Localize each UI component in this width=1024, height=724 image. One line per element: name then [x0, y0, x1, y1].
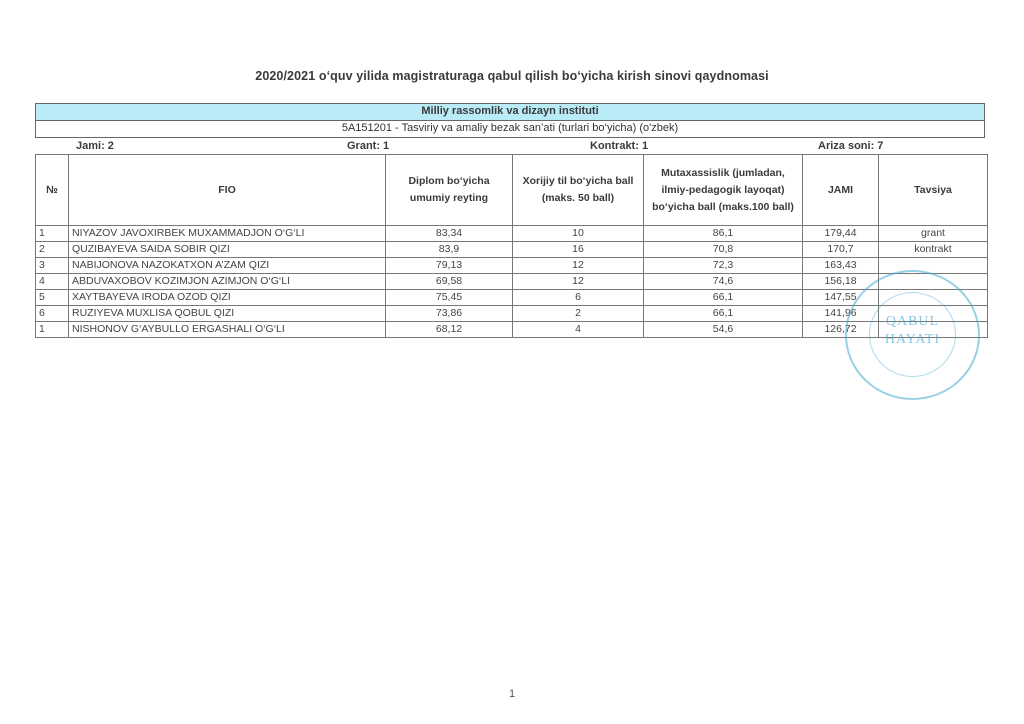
row-jami: 179,44 [803, 226, 879, 242]
official-stamp: QABUL HAYATI [845, 270, 980, 400]
institute-name: Milliy rassomlik va dizayn instituti [36, 105, 984, 117]
table-row: 6RUZIYEVA MUXLISA QOBUL QIZI73,86266,114… [36, 306, 988, 322]
specialty-band: 5A151201 - Tasviriy va amaliy bezak san’… [35, 120, 985, 138]
row-jami: 170,7 [803, 242, 879, 258]
row-number: 6 [36, 306, 69, 322]
row-diplom: 73,86 [386, 306, 513, 322]
table-row: 2QUZIBAYEVA SAIDA SOBIR QIZI83,91670,817… [36, 242, 988, 258]
row-mutaxassislik: 66,1 [644, 306, 803, 322]
row-mutaxassislik: 74,6 [644, 274, 803, 290]
row-xorijiy: 12 [513, 258, 644, 274]
row-number: 1 [36, 322, 69, 338]
col-header-jami: JAMI [803, 155, 879, 226]
table-header-row: № FIO Diplom bo‘yicha umumiy reyting Xor… [36, 155, 988, 226]
page-number: 1 [0, 688, 1024, 700]
row-diplom: 83,9 [386, 242, 513, 258]
row-xorijiy: 10 [513, 226, 644, 242]
row-xorijiy: 6 [513, 290, 644, 306]
row-diplom: 68,12 [386, 322, 513, 338]
row-diplom: 79,13 [386, 258, 513, 274]
row-fio: XAYTBAYEVA IRODA OZOD QIZI [69, 290, 386, 306]
table-row: 1NIYAZOV JAVOXIRBEK MUXAMMADJON O‘G‘LI83… [36, 226, 988, 242]
row-diplom: 83,34 [386, 226, 513, 242]
row-diplom: 69,58 [386, 274, 513, 290]
row-fio: NISHONOV G‘AYBULLO ERGASHALI O‘G‘LI [69, 322, 386, 338]
row-xorijiy: 16 [513, 242, 644, 258]
document-title: 2020/2021 o‘quv yilida magistraturaga qa… [0, 69, 1024, 83]
row-xorijiy: 4 [513, 322, 644, 338]
row-tavsiya: kontrakt [879, 242, 988, 258]
col-header-tavsiya: Tavsiya [879, 155, 988, 226]
table-row: 5XAYTBAYEVA IRODA OZOD QIZI75,45666,1147… [36, 290, 988, 306]
col-header-xorijiy: Xorijiy til bo‘yicha ball (maks. 50 ball… [513, 155, 644, 226]
row-xorijiy: 12 [513, 274, 644, 290]
col-header-fio: FIO [69, 155, 386, 226]
summary-kontrakt: Kontrakt: 1 [590, 140, 648, 152]
row-fio: QUZIBAYEVA SAIDA SOBIR QIZI [69, 242, 386, 258]
col-header-diplom: Diplom bo‘yicha umumiy reyting [386, 155, 513, 226]
row-mutaxassislik: 66,1 [644, 290, 803, 306]
row-mutaxassislik: 72,3 [644, 258, 803, 274]
table-row: 4ABDUVAXOBOV KOZIMJON AZIMJON O‘G‘LI69,5… [36, 274, 988, 290]
row-mutaxassislik: 70,8 [644, 242, 803, 258]
row-xorijiy: 2 [513, 306, 644, 322]
specialty-name: 5A151201 - Tasviriy va amaliy bezak san’… [36, 122, 984, 134]
row-mutaxassislik: 54,6 [644, 322, 803, 338]
summary-grant: Grant: 1 [347, 140, 389, 152]
col-header-mutaxassislik: Mutaxassislik (jumladan, ilmiy-pedagogik… [644, 155, 803, 226]
row-number: 5 [36, 290, 69, 306]
results-table: № FIO Diplom bo‘yicha umumiy reyting Xor… [35, 154, 988, 338]
stamp-text-line2: HAYATI [847, 332, 978, 348]
row-fio: ABDUVAXOBOV KOZIMJON AZIMJON O‘G‘LI [69, 274, 386, 290]
row-tavsiya: grant [879, 226, 988, 242]
row-fio: NIYAZOV JAVOXIRBEK MUXAMMADJON O‘G‘LI [69, 226, 386, 242]
institute-band: Milliy rassomlik va dizayn instituti [35, 103, 985, 121]
row-jami: 163,43 [803, 258, 879, 274]
table-row: 3NABIJONOVA NAZOKATXON A’ZAM QIZI79,1312… [36, 258, 988, 274]
row-diplom: 75,45 [386, 290, 513, 306]
row-number: 4 [36, 274, 69, 290]
row-number: 2 [36, 242, 69, 258]
stamp-text-line1: QABUL [847, 314, 978, 330]
row-fio: RUZIYEVA MUXLISA QOBUL QIZI [69, 306, 386, 322]
row-number: 3 [36, 258, 69, 274]
row-fio: NABIJONOVA NAZOKATXON A’ZAM QIZI [69, 258, 386, 274]
row-number: 1 [36, 226, 69, 242]
col-header-number: № [36, 155, 69, 226]
row-mutaxassislik: 86,1 [644, 226, 803, 242]
summary-jami: Jami: 2 [76, 140, 114, 152]
summary-ariza: Ariza soni: 7 [818, 140, 883, 152]
